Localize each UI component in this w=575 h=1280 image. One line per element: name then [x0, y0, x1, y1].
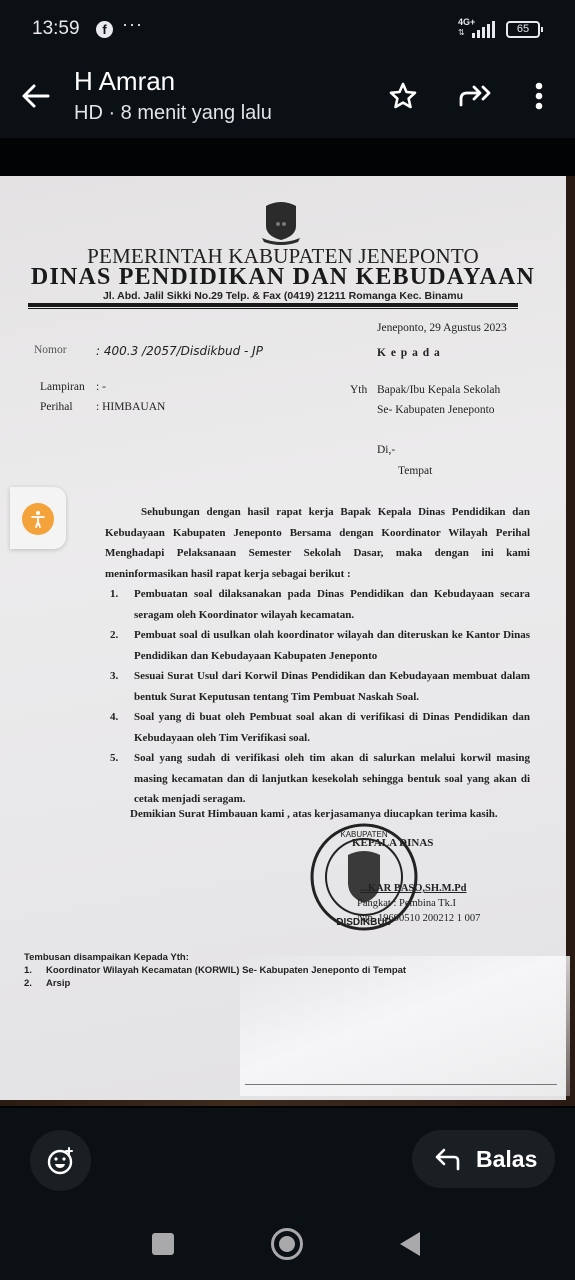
system-nav-bar — [0, 1204, 575, 1280]
letterhead-rule-thin — [28, 308, 518, 309]
perihal-value: : HIMBAUAN — [96, 401, 165, 413]
nomor-label: Nomor — [34, 344, 67, 356]
forward-button[interactable] — [457, 80, 495, 112]
add-reaction-icon — [30, 1130, 91, 1191]
media-info: HD · 8 menit yang lalu — [74, 102, 272, 125]
signature-title: KEPALA DINAS — [352, 837, 433, 849]
regency-emblem-icon — [260, 200, 302, 246]
reply-arrow-icon — [432, 1145, 462, 1173]
signatory-nip: Nip. 19690510 200212 1 007 — [357, 913, 480, 924]
recipient-line-1: Bapak/Ibu Kepala Sekolah — [377, 384, 500, 396]
star-icon — [387, 80, 419, 112]
footer-rule — [245, 1084, 557, 1085]
kepada-label: K e p a d a — [377, 347, 441, 359]
sender-name: H Amran — [74, 66, 175, 97]
place-date: Jeneponto, 29 Agustus 2023 — [377, 322, 507, 334]
back-button[interactable] — [18, 78, 54, 114]
status-bar: 13:59 f ··· 4G+ ⇅ 65 — [0, 0, 575, 58]
lampiran-value: : - — [96, 381, 106, 393]
battery-icon: 65 — [506, 21, 540, 38]
more-notifications-icon: ··· — [122, 14, 143, 35]
intro-text: Sehubungan dengan hasil rapat kerja Bapa… — [105, 506, 530, 580]
accessibility-circle — [22, 503, 54, 535]
list-item: 1.Pembuatan soal dilaksanakan pada Dinas… — [110, 584, 530, 625]
network-type: 4G+ — [458, 18, 475, 27]
yth-label: Yth — [350, 384, 367, 396]
perihal-label: Perihal — [40, 401, 73, 413]
nomor-value: : 400.3 /2057/Disdikbud - JP — [96, 344, 263, 358]
status-time: 13:59 — [32, 18, 80, 40]
reply-button[interactable]: Balas — [412, 1130, 555, 1188]
list-item: 4.Soal yang di buat oleh Pembuat soal ak… — [110, 707, 530, 748]
document-photo: PEMERINTAH KABUPATEN JENEPONTO DINAS PEN… — [0, 176, 566, 1100]
intro-paragraph: Sehubungan dengan hasil rapat kerja Bapa… — [105, 502, 530, 584]
forward-icon — [457, 80, 495, 112]
copy-item-1: Koordinator Wilayah Kecamatan (KORWIL) S… — [46, 965, 406, 976]
copy-item-1-num: 1. — [24, 965, 32, 976]
letterhead-address: Jl. Abd. Jalil Sikki No.29 Telp. & Fax (… — [0, 290, 566, 302]
signal-icon: 4G+ ⇅ — [458, 18, 498, 40]
signatory-rank: Pangkat : Pembina Tk.I — [357, 898, 456, 909]
list-item: 2.Pembuat soal di usulkan olah koordinat… — [110, 625, 530, 666]
reply-label: Balas — [476, 1146, 537, 1173]
star-button[interactable] — [387, 80, 419, 112]
more-vert-icon — [527, 80, 551, 112]
image-viewer[interactable]: PEMERINTAH KABUPATEN JENEPONTO DINAS PEN… — [0, 138, 575, 1108]
recent-apps-button[interactable] — [152, 1233, 174, 1255]
signatory-name: ...KAR BASO,SH.M.Pd — [360, 883, 466, 894]
app-bar: H Amran HD · 8 menit yang lalu — [0, 58, 575, 138]
paper-fold — [240, 956, 570, 1096]
arrow-left-icon — [18, 78, 54, 114]
home-button[interactable] — [271, 1228, 303, 1260]
bottom-action-bar: Balas — [0, 1108, 575, 1204]
system-back-button[interactable] — [400, 1232, 420, 1256]
letterhead-department: DINAS PENDIDIKAN DAN KEBUDAYAAN — [0, 264, 566, 291]
list-item: 5.Soal yang sudah di verifikasi oleh tim… — [110, 748, 530, 810]
lampiran-label: Lampiran — [40, 381, 85, 393]
accessibility-button[interactable] — [10, 487, 66, 549]
closing-sentence: Demikian Surat Himbauan kami , atas kerj… — [130, 808, 498, 820]
data-activity-icon: ⇅ — [458, 29, 465, 37]
copy-item-2-num: 2. — [24, 978, 32, 989]
accessibility-person-icon — [22, 503, 54, 535]
add-reaction-button[interactable] — [30, 1130, 91, 1191]
letterhead-rule — [28, 303, 518, 307]
recipient-tempat: Tempat — [398, 465, 432, 477]
copy-item-2: Arsip — [46, 978, 70, 989]
copies-heading: Tembusan disampaikan Kepada Yth: — [24, 952, 189, 963]
points-list: 1.Pembuatan soal dilaksanakan pada Dinas… — [110, 584, 530, 810]
more-options-button[interactable] — [527, 80, 551, 112]
recipient-di: Di,- — [377, 444, 395, 456]
recipient-line-2: Se- Kabupaten Jeneponto — [377, 404, 495, 416]
facebook-icon: f — [96, 21, 113, 38]
list-item: 3.Sesuai Surat Usul dari Korwil Dinas Pe… — [110, 666, 530, 707]
